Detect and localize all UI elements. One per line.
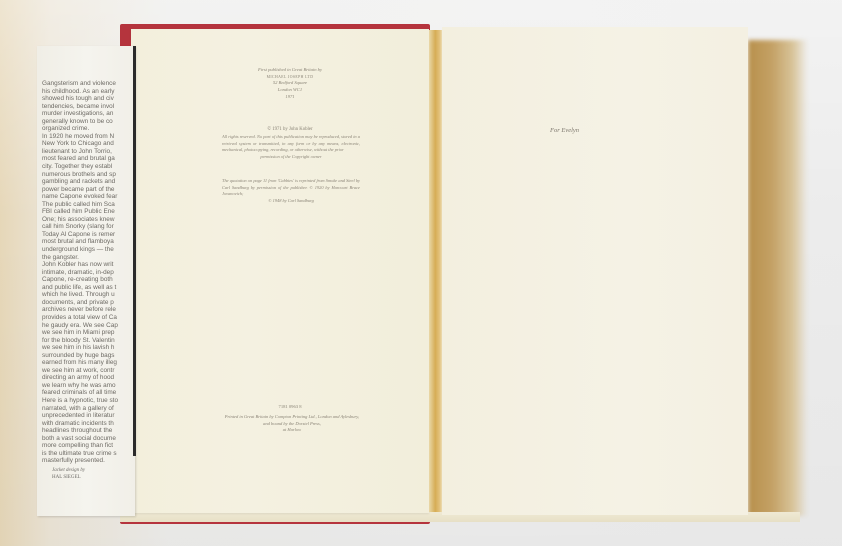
jacket-flap-line: most feared and brutal ga [42, 155, 130, 163]
publication-year: 1971 [190, 94, 390, 101]
printer-text: Printed in Great Britain by Compton Prin… [225, 414, 359, 426]
rights-notice: All rights reserved. No part of this pub… [222, 134, 360, 160]
jacket-flap-line: he gaudy era. We see Cap [42, 322, 130, 330]
jacket-flap-line: the gangster. [42, 254, 130, 262]
copyright-notice: © 1971 by John Kobler [190, 127, 390, 132]
jacket-flap-line: which he lived. Through u [42, 291, 130, 299]
page-block-edge [748, 40, 808, 516]
jacket-flap-line: intimate, dramatic, in-dep [42, 269, 130, 277]
jacket-flap-line: surrounded by huge bags [42, 352, 130, 360]
jacket-flap-line: Gangsterism and violence [42, 80, 130, 88]
quotation-text-last: © 1948 by Carl Sandburg [222, 198, 360, 205]
publisher-city: London WC1 [190, 87, 390, 94]
copyright-page[interactable] [131, 29, 429, 513]
jacket-flap-line: New York to Chicago and [42, 140, 130, 148]
jacket-flap-line: we see him in his lavish h [42, 344, 130, 352]
jacket-flap-line: archives never before rele [42, 306, 130, 314]
jacket-flap-rule [133, 46, 136, 456]
printer-text-last: at Harlow [224, 427, 360, 434]
jacket-flap-line: we see him at work, contr [42, 367, 130, 375]
jacket-flap-line: FBI called him Public Ene [42, 208, 130, 216]
jacket-flap-line: both a vast social docume [42, 435, 130, 443]
jacket-flap-line: more compelling than fict [42, 442, 130, 450]
jacket-credit: Jacket design by HAL SIEGEL [52, 467, 132, 481]
imprint-block: First published in Great Britain by MICH… [190, 67, 390, 101]
jacket-flap-line: murder investigations, an [42, 110, 130, 118]
jacket-flap-line: Today Al Capone is remer [42, 231, 130, 239]
jacket-flap-line: headlines throughout the [42, 427, 130, 435]
jacket-flap-text: Gangsterism and violencehis childhood. A… [42, 80, 130, 465]
jacket-flap-line: power became part of the [42, 186, 130, 194]
jacket-flap-line: lieutenant to John Torrio, [42, 148, 130, 156]
rights-text: All rights reserved. No part of this pub… [222, 134, 360, 152]
jacket-flap-line: generally known to be co [42, 118, 130, 126]
jacket-flap-line: organized crime. [42, 125, 130, 133]
quotation-notice: The quotation on page 11 from 'Cabbies' … [222, 178, 360, 204]
jacket-flap-line: city. Together they establ [42, 163, 130, 171]
jacket-flap-line: directing an army of hood [42, 374, 130, 382]
jacket-flap-line: earned from his many illeg [42, 359, 130, 367]
jacket-flap-line: call him Snorky (slang for [42, 223, 130, 231]
publisher-address: 52 Bedford Square [190, 80, 390, 87]
jacket-flap-line: One; his associates knew [42, 216, 130, 224]
isbn: 7181 0963 8 [190, 404, 390, 409]
jacket-flap-line: The public called him Sca [42, 201, 130, 209]
jacket-flap-line: John Kobler has now writ [42, 261, 130, 269]
jacket-flap-line: masterfully presented. [42, 457, 130, 465]
jacket-flap-line: unprecedented in literatur [42, 412, 130, 420]
dedication-text: For Evelyn [550, 127, 650, 134]
jacket-flap-line: feared criminals of all time [42, 389, 130, 397]
jacket-flap-line: gambling and rackets and [42, 178, 130, 186]
jacket-flap-line: and public life, as well as t [42, 284, 130, 292]
open-book: Gangsterism and violencehis childhood. A… [0, 0, 842, 546]
jacket-flap-line: most brutal and flamboya [42, 238, 130, 246]
jacket-flap-line: provides a total view of Ca [42, 314, 130, 322]
jacket-flap-line: for the bloody St. Valentin [42, 337, 130, 345]
rights-text-last: permission of the Copyright owner [222, 154, 360, 161]
dedication-page[interactable] [442, 27, 748, 515]
jacket-flap-line: with dramatic incidents th [42, 420, 130, 428]
jacket-credit-label: Jacket design by [52, 467, 132, 474]
jacket-flap-line: underground kings — the [42, 246, 130, 254]
quotation-text: The quotation on page 11 from 'Cabbies' … [222, 178, 360, 196]
jacket-flap-line: is the ultimate true crime s [42, 450, 130, 458]
jacket-flap-line: narrated, with a gallery of [42, 405, 130, 413]
jacket-flap-line: his childhood. As an early [42, 88, 130, 96]
jacket-flap-line: numerous brothels and sp [42, 171, 130, 179]
jacket-flap-line: Here is a hypnotic, true sto [42, 397, 130, 405]
jacket-flap-line: we learn why he was amo [42, 382, 130, 390]
jacket-flap-line: we see him in Miami prep [42, 329, 130, 337]
book-gutter [429, 30, 443, 512]
jacket-flap-line: documents, and private p [42, 299, 130, 307]
jacket-flap-line: showed his tough and civ [42, 95, 130, 103]
jacket-flap-line: In 1920 he moved from N [42, 133, 130, 141]
jacket-flap-line: name Capone evoked fear [42, 193, 130, 201]
jacket-credit-name: HAL SIEGEL [52, 474, 132, 481]
jacket-flap-line: tendencies, became invol [42, 103, 130, 111]
jacket-flap-line: Capone, re-creating both [42, 276, 130, 284]
printer-notice: Printed in Great Britain by Compton Prin… [224, 414, 360, 434]
publisher-name: MICHAEL JOSEPH LTD [190, 74, 390, 81]
imprint-line: First published in Great Britain by [190, 67, 390, 74]
